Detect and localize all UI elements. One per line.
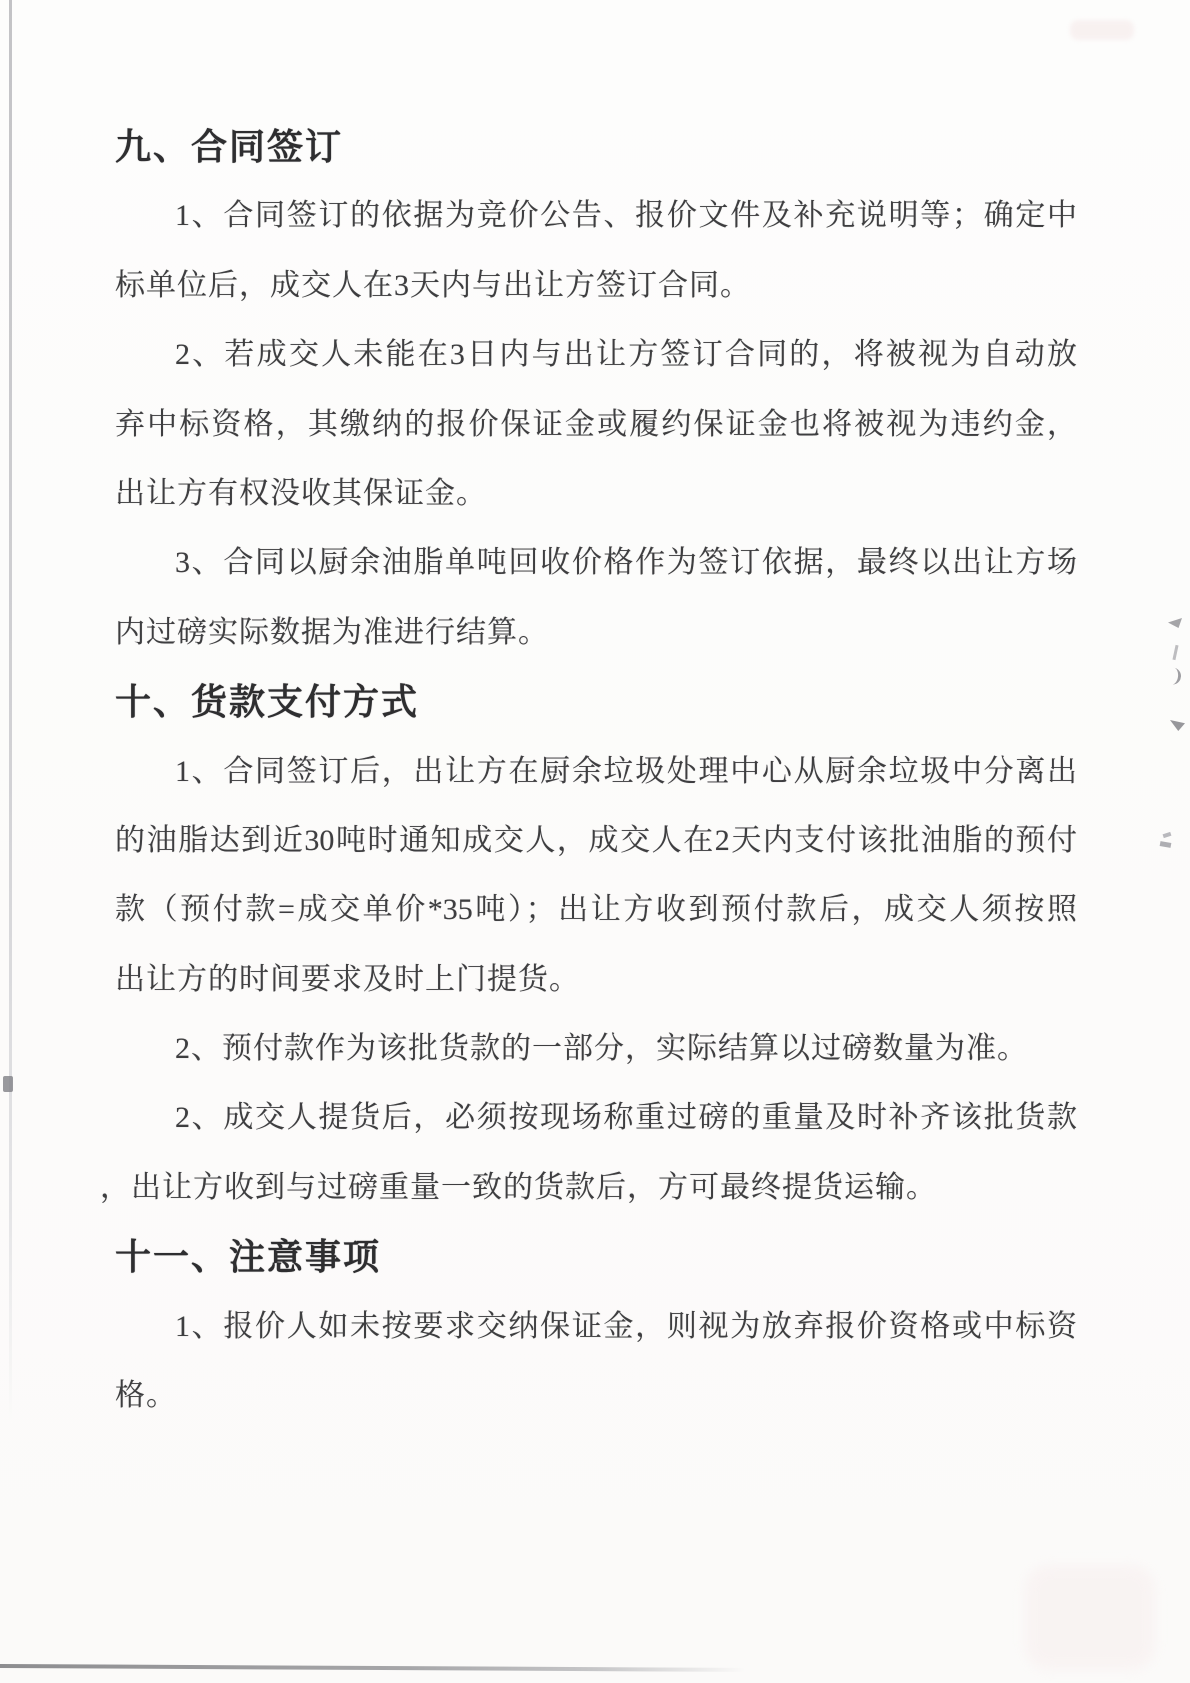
margin-pen-mark xyxy=(1172,645,1178,660)
text-line: 3、合同以厨余油脂单吨回收价格作为签订依据，最终以出让方场 xyxy=(115,528,1077,597)
text-line: 标单位后，成交人在3天内与出让方签订合同。 xyxy=(115,251,1077,320)
text-line: ，出让方收到与过磅重量一致的货款后，方可最终提货运输。 xyxy=(100,1153,1077,1222)
text-line: 2、若成交人未能在3日内与出让方签订合同的，将被视为自动放 xyxy=(115,320,1077,389)
margin-pen-mark xyxy=(1169,667,1182,685)
section-heading: 九、合同签订 xyxy=(115,112,1077,181)
text-line: 格。 xyxy=(115,1361,1077,1430)
text-line: 1、合同签订后，出让方在厨余垃圾处理中心从厨余垃圾中分离出 xyxy=(115,737,1077,806)
scan-bottom-edge-shadow xyxy=(0,1664,745,1672)
margin-pen-mark xyxy=(1170,720,1185,731)
text-line: 1、报价人如未按要求交纳保证金，则视为放弃报价资格或中标资 xyxy=(115,1292,1077,1361)
margin-pen-mark xyxy=(1168,618,1182,628)
scan-smudge xyxy=(1025,1565,1155,1670)
text-line: 款（预付款=成交单价*35吨）；出让方收到预付款后，成交人须按照 xyxy=(115,875,1077,944)
text-line: 1、合同签订的依据为竞价公告、报价文件及补充说明等；确定中 xyxy=(115,181,1077,250)
section-heading: 十一、注意事项 xyxy=(115,1222,1077,1291)
margin-pen-mark xyxy=(1163,832,1172,838)
text-line: 内过磅实际数据为准进行结算。 xyxy=(115,598,1077,667)
text-line: 弃中标资格，其缴纳的报价保证金或履约保证金也将被视为违约金， xyxy=(115,390,1077,459)
document-body: 九、合同签订1、合同签订的依据为竞价公告、报价文件及补充说明等；确定中标单位后，… xyxy=(115,112,1077,1430)
text-line: 的油脂达到近30吨时通知成交人，成交人在2天内支付该批油脂的预付 xyxy=(115,806,1077,875)
text-line: 出让方有权没收其保证金。 xyxy=(115,459,1077,528)
margin-pen-mark xyxy=(1160,841,1172,848)
text-line: 2、成交人提货后，必须按现场称重过磅的重量及时补齐该批货款 xyxy=(115,1083,1077,1152)
scan-left-edge-tick xyxy=(3,1076,13,1092)
text-line: 2、预付款作为该批货款的一部分，实际结算以过磅数量为准。 xyxy=(115,1014,1077,1083)
scan-left-edge-shadow xyxy=(9,0,12,1420)
section-heading: 十、货款支付方式 xyxy=(115,667,1077,736)
scan-smudge xyxy=(1070,20,1134,40)
text-line: 出让方的时间要求及时上门提货。 xyxy=(115,945,1077,1014)
scanned-document-page: 九、合同签订1、合同签订的依据为竞价公告、报价文件及补充说明等；确定中标单位后，… xyxy=(0,0,1190,1683)
